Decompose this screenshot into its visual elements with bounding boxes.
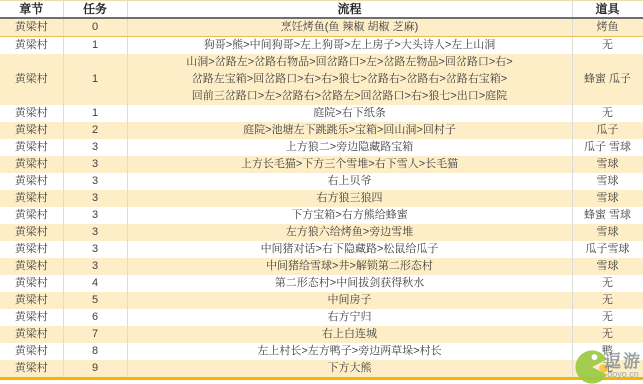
- cell-task: 2: [63, 122, 127, 139]
- cell-item: 无: [572, 105, 643, 122]
- cell-task: 3: [63, 258, 127, 275]
- table-bottom-accent: [0, 377, 643, 380]
- table-row: 黄梁村 1 庭院>右下纸条 无: [0, 105, 643, 122]
- col-header-item: 道具: [572, 1, 643, 18]
- col-header-task: 任务: [63, 1, 127, 18]
- col-header-flow: 流程: [127, 1, 572, 18]
- table-row: 黄梁村 3 右上贝爷 雪球: [0, 173, 643, 190]
- cell-flow: 下方宝箱>右方熊给蜂蜜: [127, 207, 572, 224]
- cell-task: 5: [63, 292, 127, 309]
- table-row: 黄梁村 7 右上白连城 无: [0, 326, 643, 343]
- table-row: 黄梁村 1 山洞>岔路左>岔路右物品>回岔路口>左>岔路左物品>回岔路口>右> …: [0, 54, 643, 105]
- cell-item: 雪球: [572, 258, 643, 275]
- cell-task: 1: [63, 54, 127, 105]
- cell-chapter: 黄梁村: [0, 139, 63, 156]
- cell-item: 雪球: [572, 190, 643, 207]
- cell-item: 瓜子雪球: [572, 241, 643, 258]
- cell-flow: 下方大熊: [127, 360, 572, 377]
- cell-chapter: 黄梁村: [0, 37, 63, 55]
- cell-chapter: 黄梁村: [0, 275, 63, 292]
- table-header: 章节 任务 流程 道具: [0, 1, 643, 18]
- cell-flow: 山洞>岔路左>岔路右物品>回岔路口>左>岔路左物品>回岔路口>右> 岔路左宝箱>…: [127, 54, 572, 105]
- cell-flow: 中间房子: [127, 292, 572, 309]
- cell-item: 鸭: [572, 343, 643, 360]
- cell-flow: 上方狼二>旁边隐藏路宝箱: [127, 139, 572, 156]
- cell-flow: 狗哥>熊>中间狗哥>左上狗哥>左上房子>大头诗人>左上山洞: [127, 37, 572, 55]
- cell-item: 无: [572, 292, 643, 309]
- cell-flow: 上方长毛猫>下方三个雪堆>右下雪人>长毛猫: [127, 156, 572, 173]
- col-header-chapter: 章节: [0, 1, 63, 18]
- cell-flow: 右上贝爷: [127, 173, 572, 190]
- cell-task: 6: [63, 309, 127, 326]
- cell-flow: 庭院>右下纸条: [127, 105, 572, 122]
- cell-item: 雪球: [572, 173, 643, 190]
- table-row: 黄梁村 3 中间猪对话>右下隐藏路>松鼠给瓜子 瓜子雪球: [0, 241, 643, 258]
- cell-item: 瓜子 雪球: [572, 139, 643, 156]
- cell-chapter: 黄梁村: [0, 173, 63, 190]
- cell-chapter: 黄梁村: [0, 105, 63, 122]
- cell-chapter: 黄梁村: [0, 207, 63, 224]
- cell-item: 蜂蜜 瓜子: [572, 54, 643, 105]
- table-row: 黄梁村 5 中间房子 无: [0, 292, 643, 309]
- cell-task: 0: [63, 18, 127, 37]
- cell-chapter: 黄梁村: [0, 309, 63, 326]
- cell-task: 9: [63, 360, 127, 377]
- cell-item: 雪球: [572, 156, 643, 173]
- table-row: 黄梁村 9 下方大熊 无: [0, 360, 643, 377]
- cell-flow: 右上白连城: [127, 326, 572, 343]
- cell-item: 瓜子: [572, 122, 643, 139]
- cell-flow: 中间猪对话>右下隐藏路>松鼠给瓜子: [127, 241, 572, 258]
- cell-flow: 烹饪烤鱼(鱼 辣椒 胡椒 芝麻): [127, 18, 572, 37]
- cell-chapter: 黄梁村: [0, 190, 63, 207]
- table-row: 黄梁村 8 左上村长>左方鸭子>旁边两草垛>村长 鸭: [0, 343, 643, 360]
- cell-flow: 左上村长>左方鸭子>旁边两草垛>村长: [127, 343, 572, 360]
- cell-chapter: 黄梁村: [0, 18, 63, 37]
- cell-task: 1: [63, 105, 127, 122]
- cell-flow: 右方狼三狼四: [127, 190, 572, 207]
- cell-chapter: 黄梁村: [0, 54, 63, 105]
- table-row: 黄梁村 3 左方狼六给烤鱼>旁边雪堆 雪球: [0, 224, 643, 241]
- cell-task: 3: [63, 156, 127, 173]
- cell-flow: 右方宁归: [127, 309, 572, 326]
- table-row: 黄梁村 3 上方狼二>旁边隐藏路宝箱 瓜子 雪球: [0, 139, 643, 156]
- table-row: 黄梁村 3 中间猪给雪球>井>解锁第二形态村 雪球: [0, 258, 643, 275]
- table-row: 黄梁村 3 下方宝箱>右方熊给蜂蜜 蜂蜜 雪球: [0, 207, 643, 224]
- cell-item: 无: [572, 360, 643, 377]
- cell-item: 雪球: [572, 224, 643, 241]
- table-row: 黄梁村 6 右方宁归 无: [0, 309, 643, 326]
- cell-chapter: 黄梁村: [0, 343, 63, 360]
- quest-table: 章节 任务 流程 道具 黄梁村 0 烹饪烤鱼(鱼 辣椒 胡椒 芝麻) 烤鱼 黄梁…: [0, 1, 643, 377]
- cell-task: 8: [63, 343, 127, 360]
- table-row: 黄梁村 1 狗哥>熊>中间狗哥>左上狗哥>左上房子>大头诗人>左上山洞 无: [0, 37, 643, 55]
- table-row: 黄梁村 4 第二形态村>中间拔剑获得秋水 无: [0, 275, 643, 292]
- cell-chapter: 黄梁村: [0, 258, 63, 275]
- cell-flow: 中间猪给雪球>井>解锁第二形态村: [127, 258, 572, 275]
- cell-chapter: 黄梁村: [0, 292, 63, 309]
- cell-task: 3: [63, 190, 127, 207]
- cell-flow: 庭院>池塘左下跳跳乐>宝箱>回山洞>回村子: [127, 122, 572, 139]
- cell-flow: 左方狼六给烤鱼>旁边雪堆: [127, 224, 572, 241]
- cell-task: 3: [63, 207, 127, 224]
- cell-chapter: 黄梁村: [0, 224, 63, 241]
- cell-chapter: 黄梁村: [0, 241, 63, 258]
- header-row: 章节 任务 流程 道具: [0, 1, 643, 18]
- cell-item: 无: [572, 275, 643, 292]
- quest-guide-page: 章节 任务 流程 道具 黄梁村 0 烹饪烤鱼(鱼 辣椒 胡椒 芝麻) 烤鱼 黄梁…: [0, 0, 643, 384]
- table-row: 黄梁村 2 庭院>池塘左下跳跳乐>宝箱>回山洞>回村子 瓜子: [0, 122, 643, 139]
- cell-task: 3: [63, 224, 127, 241]
- cell-task: 3: [63, 139, 127, 156]
- cell-chapter: 黄梁村: [0, 156, 63, 173]
- cell-item: 蜂蜜 雪球: [572, 207, 643, 224]
- table-row: 黄梁村 3 右方狼三狼四 雪球: [0, 190, 643, 207]
- cell-chapter: 黄梁村: [0, 326, 63, 343]
- cell-task: 3: [63, 241, 127, 258]
- cell-item: 无: [572, 37, 643, 55]
- cell-chapter: 黄梁村: [0, 122, 63, 139]
- cell-item: 无: [572, 309, 643, 326]
- cell-task: 4: [63, 275, 127, 292]
- cell-item: 烤鱼: [572, 18, 643, 37]
- cell-task: 3: [63, 173, 127, 190]
- cell-flow: 第二形态村>中间拔剑获得秋水: [127, 275, 572, 292]
- table-row: 黄梁村 0 烹饪烤鱼(鱼 辣椒 胡椒 芝麻) 烤鱼: [0, 18, 643, 37]
- table-row: 黄梁村 3 上方长毛猫>下方三个雪堆>右下雪人>长毛猫 雪球: [0, 156, 643, 173]
- cell-task: 7: [63, 326, 127, 343]
- cell-item: 无: [572, 326, 643, 343]
- cell-chapter: 黄梁村: [0, 360, 63, 377]
- quest-table-body: 黄梁村 0 烹饪烤鱼(鱼 辣椒 胡椒 芝麻) 烤鱼 黄梁村 1 狗哥>熊>中间狗…: [0, 18, 643, 377]
- cell-task: 1: [63, 37, 127, 55]
